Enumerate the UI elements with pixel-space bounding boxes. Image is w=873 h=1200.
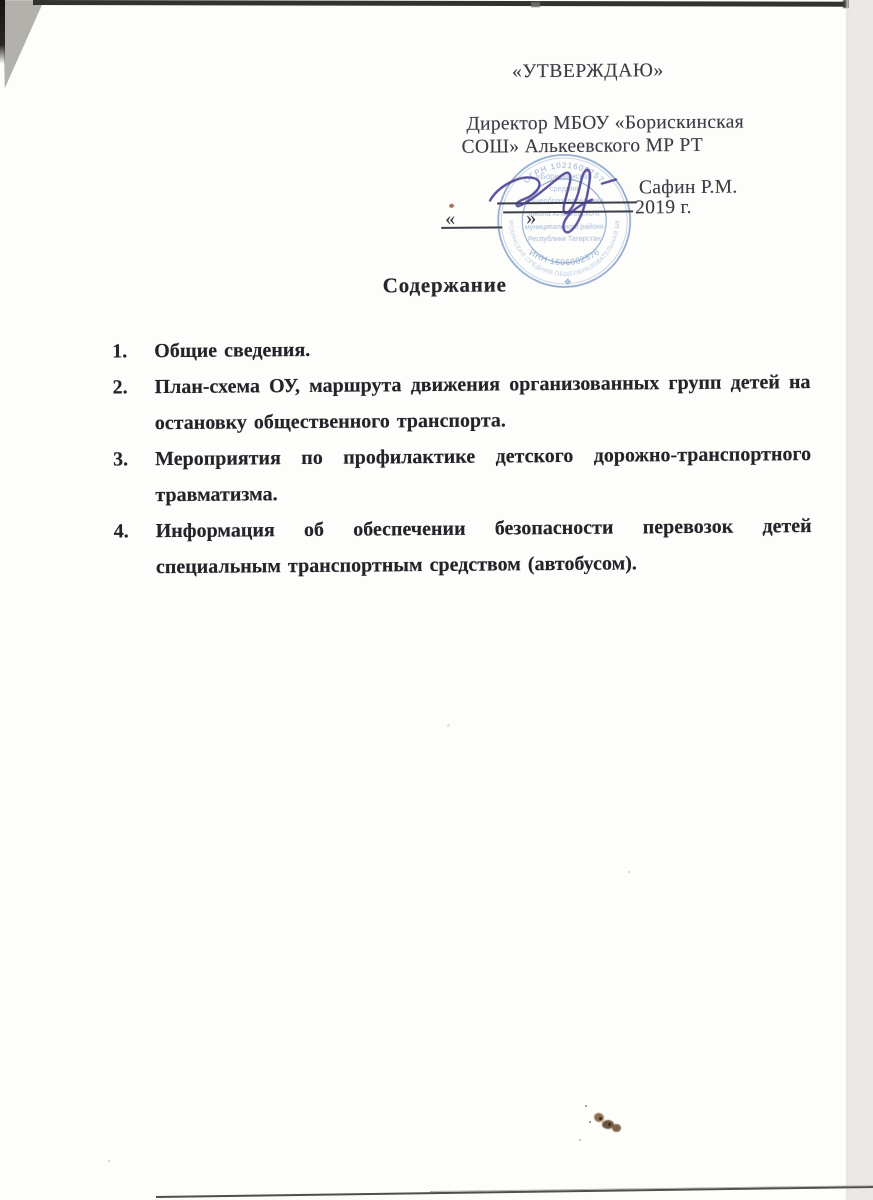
- table-of-contents: 1. Общие сведения. 2. План-схема ОУ, мар…: [112, 328, 812, 585]
- toc-item-4: 4. Информация об обеспечении безопасност…: [114, 508, 813, 585]
- toc-item-number: 2.: [112, 369, 127, 405]
- dust-speck: [628, 871, 630, 873]
- scan-right-margin: [849, 0, 873, 1200]
- page-content: «УТВЕРЖДАЮ» Директор МБОУ «Борискинская …: [0, 0, 873, 1200]
- dust-speck: [589, 1121, 591, 1123]
- ink-smudge: [612, 1124, 621, 1132]
- dust-speck: [608, 1123, 611, 1126]
- scan-right-page-edge: [846, 0, 849, 1200]
- toc-item-1: 1. Общие сведения.: [112, 328, 810, 369]
- stamp-diamond-icon: ❖: [564, 277, 572, 287]
- pen-mark: [449, 204, 454, 208]
- dust-speck: [599, 1117, 602, 1120]
- toc-item-number: 3.: [113, 441, 128, 477]
- toc-item-text: Мероприятия по профилактике детского дор…: [155, 436, 812, 513]
- dust-speck: [447, 724, 450, 727]
- approval-label: «УТВЕРЖДАЮ»: [512, 59, 664, 83]
- toc-item-2: 2. План-схема ОУ, маршрута движения орга…: [112, 364, 811, 441]
- scan-edge-sliver: [0, 0, 5, 64]
- dust-speck: [108, 1160, 110, 1162]
- dust-speck: [585, 1105, 587, 1107]
- toc-item-number: 4.: [114, 513, 129, 549]
- handwritten-signature: [474, 153, 660, 239]
- page-title: Содержание: [383, 272, 507, 298]
- toc-item-3: 3. Мероприятия по профилактике детского …: [113, 436, 812, 513]
- scanned-document-page: «УТВЕРЖДАЮ» Директор МБОУ «Борискинская …: [0, 0, 873, 1200]
- toc-item-text: Общие сведения.: [154, 328, 810, 369]
- director-line-1: Директор МБОУ «Борискинская: [466, 111, 744, 136]
- stamp-inn-arc-text: ИНН 1606002576: [527, 247, 601, 268]
- toc-item-number: 1.: [112, 333, 127, 369]
- dust-speck: [579, 1139, 581, 1141]
- scan-top-edge-notch: [531, 2, 540, 7]
- toc-item-text: План-схема ОУ, маршрута движения организ…: [154, 364, 811, 441]
- toc-item-text: Информация об обеспечении безопасности п…: [156, 508, 813, 585]
